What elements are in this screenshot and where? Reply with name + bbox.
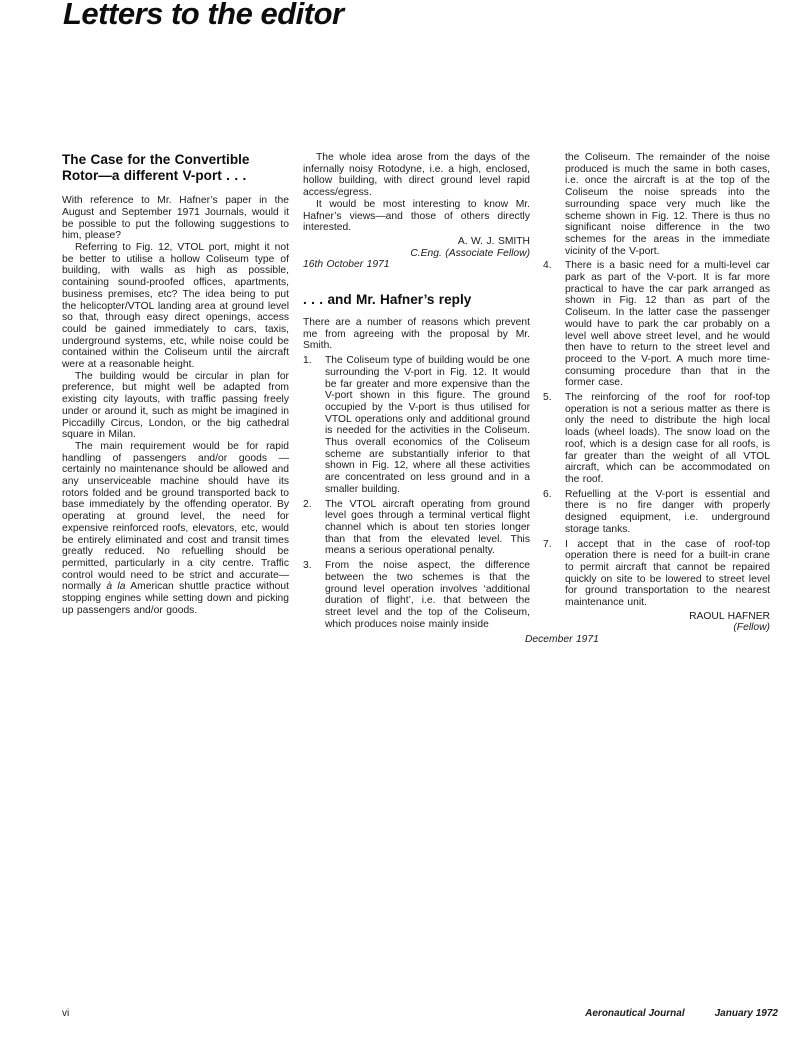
folio-page-number: vi — [62, 1008, 69, 1020]
reply-item-7: 7. I accept that in the case of roof-top… — [543, 539, 770, 609]
letter-signature-name: A. W. J. SMITH — [303, 236, 530, 248]
letter-paragraph-4-italic-phrase: à la — [106, 581, 125, 592]
letter-paragraph-5: The whole idea arose from the days of th… — [303, 152, 530, 199]
reply-item-1: 1. The Coliseum type of building would b… — [303, 355, 530, 495]
item-number: 6. — [543, 489, 565, 536]
journal-page: Letters to the editor The Case for the C… — [0, 0, 800, 1039]
letter-paragraph-2: Referring to Fig. 12, VTOL port, might i… — [62, 242, 289, 371]
item-text: The VTOL aircraft operating from ground … — [325, 499, 530, 558]
item-number: 3. — [303, 560, 325, 630]
reply-item-2: 2. The VTOL aircraft operating from grou… — [303, 499, 530, 558]
column-3: the Coliseum. The remainder of the noise… — [543, 152, 770, 646]
letter-paragraph-1: With reference to Mr. Hafner’s paper in … — [62, 195, 289, 242]
reply-item-4: 4. There is a basic need for a multi-lev… — [543, 260, 770, 389]
item-number: 1. — [303, 355, 325, 495]
item-text: The reinforcing of the roof for roof-top… — [565, 392, 770, 486]
column-1: The Case for the Convertible Rotor—a dif… — [62, 152, 289, 617]
journal-name: Aeronautical Journal — [585, 1008, 684, 1019]
page-footer: vi Aeronautical JournalJanuary 1972 — [62, 1008, 778, 1020]
reply-intro: There are a number of reasons which prev… — [303, 317, 530, 352]
column-2: The whole idea arose from the days of th… — [303, 152, 530, 630]
letter-paragraph-4-text: The main requirement would be for rapid … — [62, 441, 289, 592]
letter-paragraph-6: It would be most interesting to know Mr.… — [303, 199, 530, 234]
reply-signature-date: December 1971 — [525, 634, 770, 646]
issue-date: January 1972 — [715, 1008, 778, 1019]
letter-heading: The Case for the Convertible Rotor—a dif… — [62, 152, 289, 183]
item-text: Refuelling at the V-port is essential an… — [565, 489, 770, 536]
reply-item-5: 5. The reinforcing of the roof for roof-… — [543, 392, 770, 486]
letter-signature-date: 16th October 1971 — [303, 259, 530, 271]
reply-signature-name: RAOUL HAFNER — [543, 611, 770, 623]
reply-item-3-continuation: the Coliseum. The remainder of the noise… — [565, 152, 770, 257]
item-text: From the noise aspect, the difference be… — [325, 560, 530, 630]
item-number: 7. — [543, 539, 565, 609]
page-title: Letters to the editor — [63, 0, 344, 32]
letter-paragraph-4: The main requirement would be for rapid … — [62, 441, 289, 617]
item-text: I accept that in the case of roof-top op… — [565, 539, 770, 609]
item-number: 4. — [543, 260, 565, 389]
reply-signature-title: (Fellow) — [543, 622, 770, 634]
item-text: There is a basic need for a multi-level … — [565, 260, 770, 389]
letter-signature-title: C.Eng. (Associate Fellow) — [303, 248, 530, 260]
running-footer: Aeronautical JournalJanuary 1972 — [585, 1008, 778, 1020]
item-number: 5. — [543, 392, 565, 486]
reply-item-3: 3. From the noise aspect, the difference… — [303, 560, 530, 630]
reply-item-6: 6. Refuelling at the V-port is essential… — [543, 489, 770, 536]
item-number: 2. — [303, 499, 325, 558]
item-text: The Coliseum type of building would be o… — [325, 355, 530, 495]
reply-heading: . . . and Mr. Hafner’s reply — [303, 292, 530, 307]
letter-paragraph-3: The building would be circular in plan f… — [62, 371, 289, 441]
